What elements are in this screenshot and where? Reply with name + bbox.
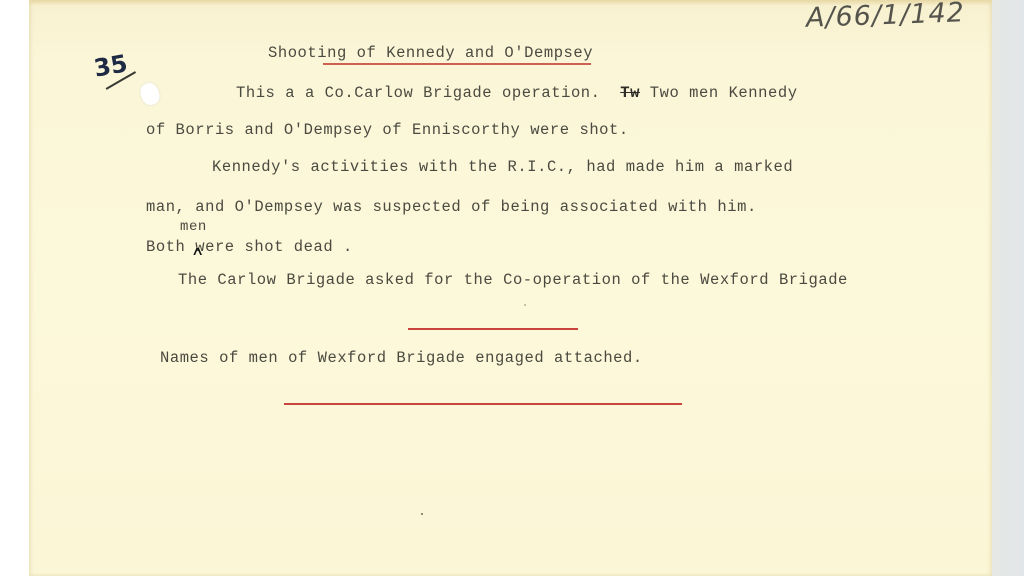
- paragraph-4-line-1: The Carlow Brigade asked for the Co-oper…: [178, 271, 848, 289]
- insertion-caret-icon: ^: [193, 246, 202, 264]
- line-text: Two men Kennedy: [640, 84, 798, 102]
- paragraph-1-line-2: of Borris and O'Dempsey of Enniscorthy w…: [146, 121, 629, 139]
- handwritten-insertion: men: [180, 219, 207, 235]
- document-title: Shooting of Kennedy and O'Dempsey: [268, 44, 593, 62]
- struck-out-text: Tw: [620, 84, 640, 102]
- title-red-underline: [323, 63, 591, 65]
- paragraph-3-line-1: Both were shot dead .: [146, 238, 353, 256]
- paragraph-5-line-1: Names of men of Wexford Brigade engaged …: [160, 349, 643, 367]
- paragraph-1-line-1: This a a Co.Carlow Brigade operation. Tw…: [236, 84, 798, 102]
- paragraph-2-line-2: man, and O'Dempsey was suspected of bein…: [146, 198, 757, 216]
- paper-speck: [524, 304, 526, 306]
- paragraph-2-line-1: Kennedy's activities with the R.I.C., ha…: [212, 158, 793, 176]
- archive-reference: A/66/1/142: [806, 0, 966, 34]
- scanner-background: [990, 0, 1024, 576]
- red-closing-rule: [284, 403, 682, 405]
- line-text: This a a Co.Carlow Brigade operation.: [236, 84, 620, 102]
- red-separator-rule: [408, 328, 578, 330]
- paper-speck: [421, 513, 423, 515]
